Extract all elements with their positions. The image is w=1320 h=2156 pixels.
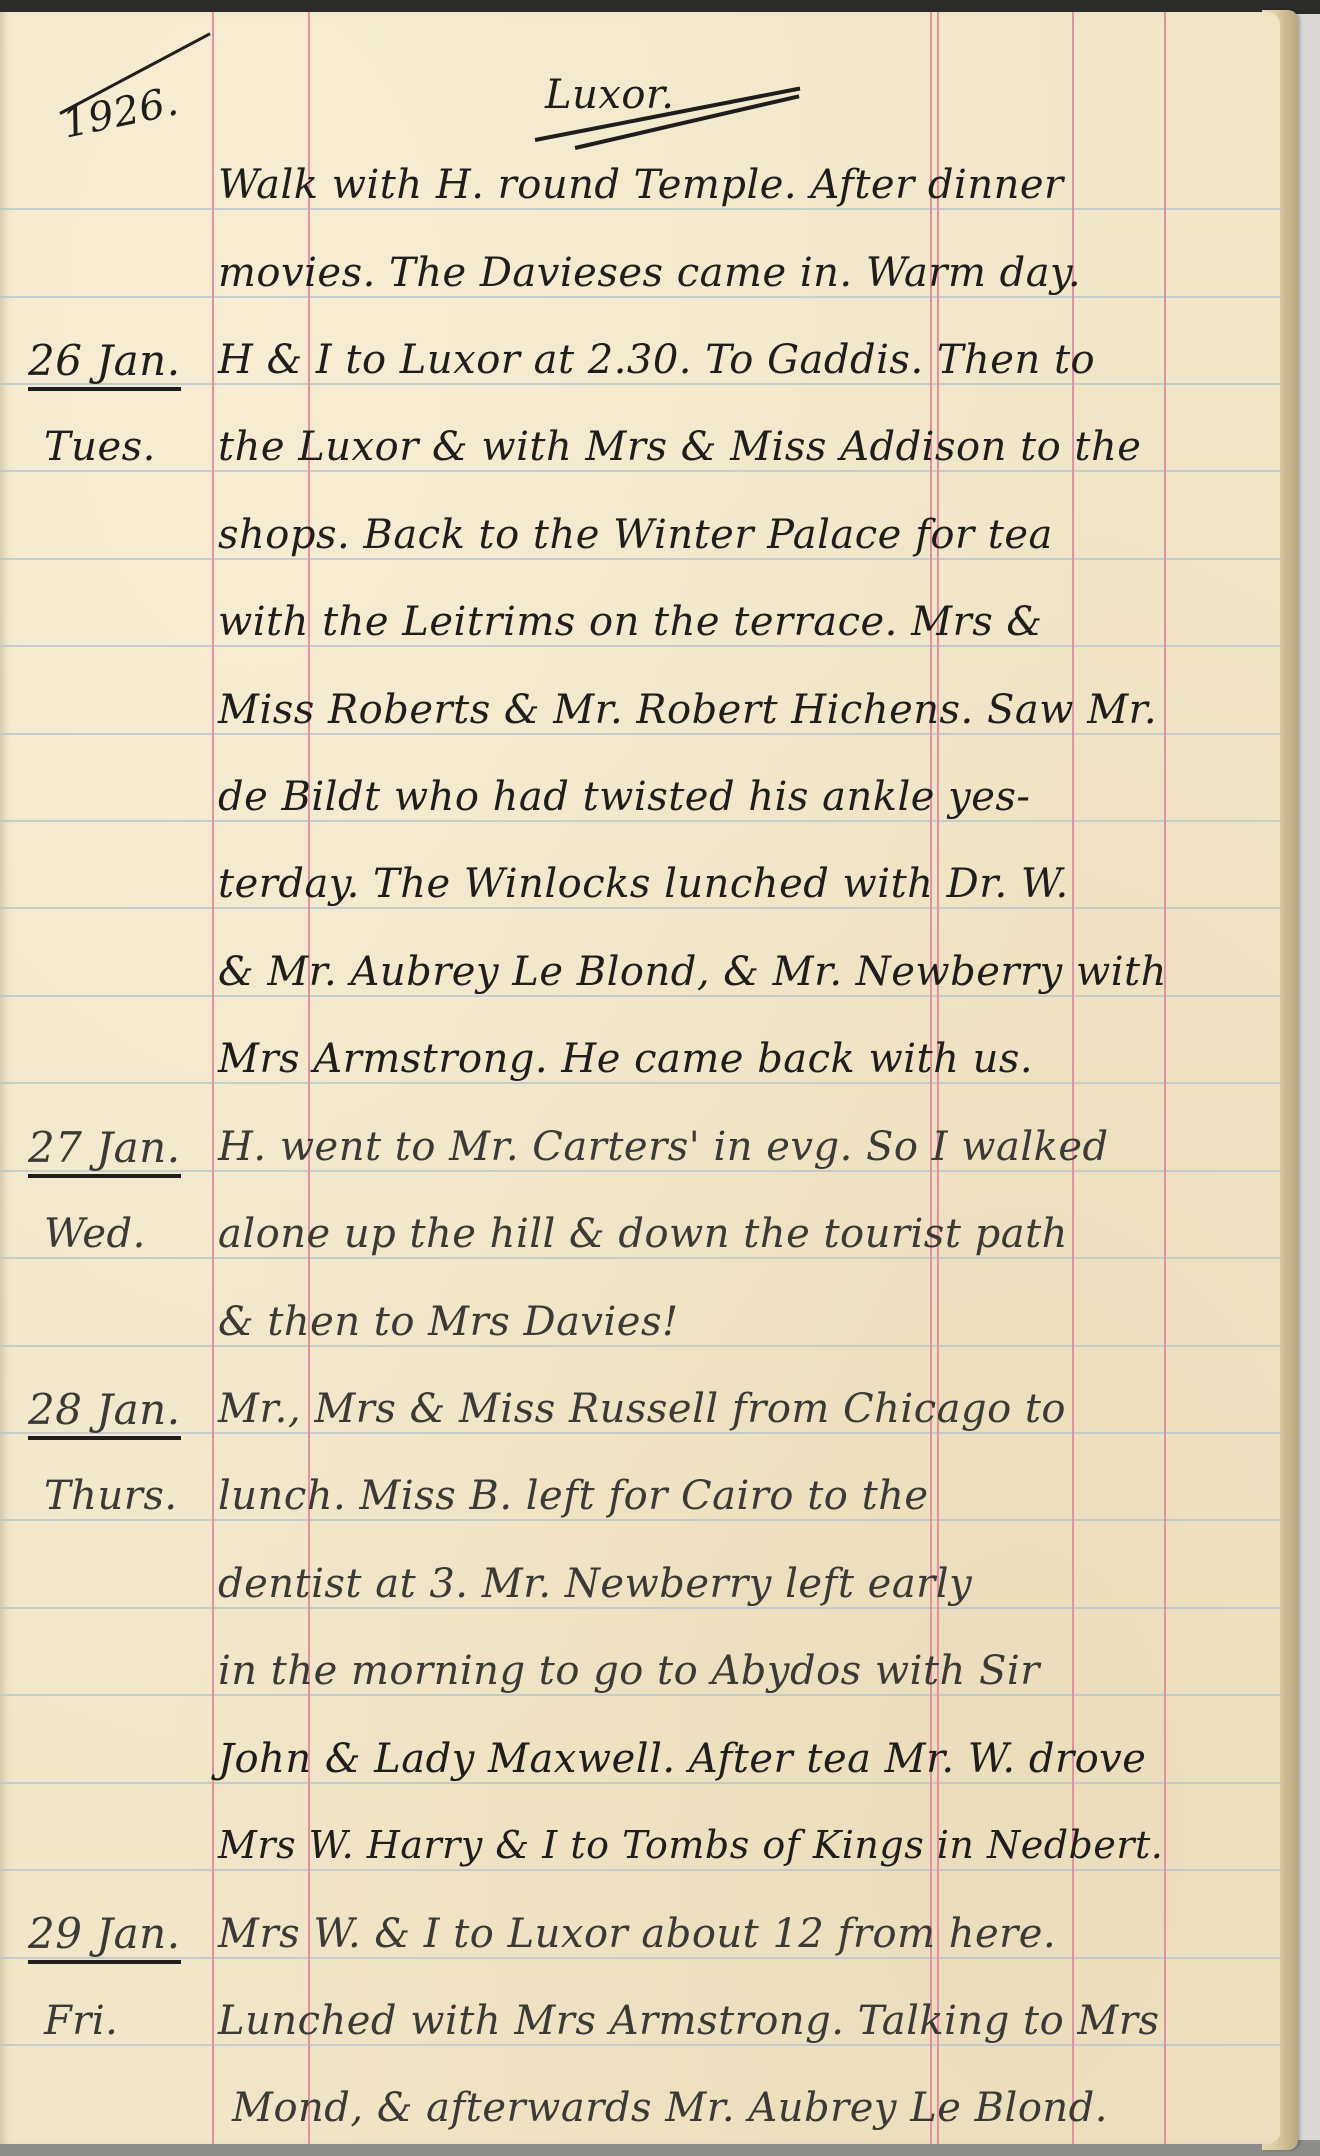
diary-line: Walk with H. round Temple. After dinner — [218, 162, 1064, 208]
ruled-line — [0, 1782, 1282, 1784]
ruled-line — [0, 1957, 1282, 1959]
entry-date: 26 Jan. — [28, 336, 181, 391]
ruled-line — [0, 1519, 1282, 1521]
ruled-line — [0, 645, 1282, 647]
ruled-line — [0, 907, 1282, 909]
diary-line: H. went to Mr. Carters' in evg. So I wal… — [218, 1124, 1109, 1170]
diary-line: the Luxor & with Mrs & Miss Addison to t… — [218, 424, 1141, 470]
diary-line: H & I to Luxor at 2.30. To Gaddis. Then … — [218, 337, 1095, 383]
diary-page: 1926. Luxor. Walk with H. round Temple. … — [0, 12, 1282, 2144]
ruled-line — [0, 1869, 1282, 1871]
entry-weekday: Tues. — [44, 424, 156, 470]
ruled-line — [0, 733, 1282, 735]
entry-weekday: Wed. — [44, 1211, 146, 1257]
diary-line: Mr., Mrs & Miss Russell from Chicago to — [218, 1386, 1066, 1432]
entry-date: 27 Jan. — [28, 1123, 181, 1178]
ruled-line — [0, 820, 1282, 822]
diary-line: dentist at 3. Mr. Newberry left early — [218, 1561, 972, 1607]
ruled-line — [0, 1082, 1282, 1084]
diary-line: shops. Back to the Winter Palace for tea — [218, 512, 1053, 558]
year-heading: 1926. — [58, 78, 182, 147]
ruled-line — [0, 1607, 1282, 1609]
ruled-line — [0, 1257, 1282, 1259]
diary-line: Mrs W. & I to Luxor about 12 from here. — [218, 1911, 1056, 1957]
entry-weekday: Fri. — [44, 1998, 118, 2044]
ruled-line — [0, 1345, 1282, 1347]
diary-line: Mond, & afterwards Mr. Aubrey Le Blond. — [232, 2085, 1108, 2131]
diary-line: with the Leitrims on the terrace. Mrs & — [218, 599, 1043, 645]
diary-line: John & Lady Maxwell. After tea Mr. W. dr… — [218, 1736, 1146, 1782]
diary-line: Lunched with Mrs Armstrong. Talking to M… — [218, 1998, 1160, 2044]
ruled-line — [0, 208, 1282, 210]
diary-line: movies. The Davieses came in. Warm day. — [218, 250, 1081, 296]
diary-line: alone up the hill & down the tourist pat… — [218, 1211, 1068, 1257]
ruled-line — [0, 1694, 1282, 1696]
ruled-line — [0, 558, 1282, 560]
diary-line: & Mr. Aubrey Le Blond, & Mr. Newberry wi… — [218, 949, 1167, 995]
ruled-line — [0, 2044, 1282, 2046]
diary-line: Miss Roberts & Mr. Robert Hichens. Saw M… — [218, 687, 1157, 733]
diary-line: terday. The Winlocks lunched with Dr. W. — [218, 861, 1069, 907]
entry-date: 28 Jan. — [28, 1385, 181, 1440]
scan-background: 1926. Luxor. Walk with H. round Temple. … — [0, 0, 1320, 2156]
ruled-line — [0, 470, 1282, 472]
place-heading: Luxor. — [545, 72, 674, 118]
diary-line: lunch. Miss B. left for Cairo to the — [218, 1473, 929, 1519]
ruled-line — [0, 1170, 1282, 1172]
entry-date: 29 Jan. — [28, 1909, 181, 1964]
diary-line: Mrs Armstrong. He came back with us. — [218, 1036, 1033, 1082]
ruled-line — [0, 995, 1282, 997]
ruled-line — [0, 383, 1282, 385]
diary-line: Mrs W. Harry & I to Tombs of Kings in Ne… — [218, 1823, 1163, 1867]
diary-line: de Bildt who had twisted his ankle yes- — [218, 774, 1030, 820]
ruled-line — [0, 296, 1282, 298]
entry-weekday: Thurs. — [44, 1473, 178, 1519]
margin-line-right-outer — [1164, 12, 1166, 2144]
margin-line-left-outer — [212, 12, 214, 2144]
diary-line: in the morning to go to Abydos with Sir — [218, 1648, 1040, 1694]
ruled-line — [0, 1432, 1282, 1434]
diary-line: & then to Mrs Davies! — [218, 1299, 679, 1345]
